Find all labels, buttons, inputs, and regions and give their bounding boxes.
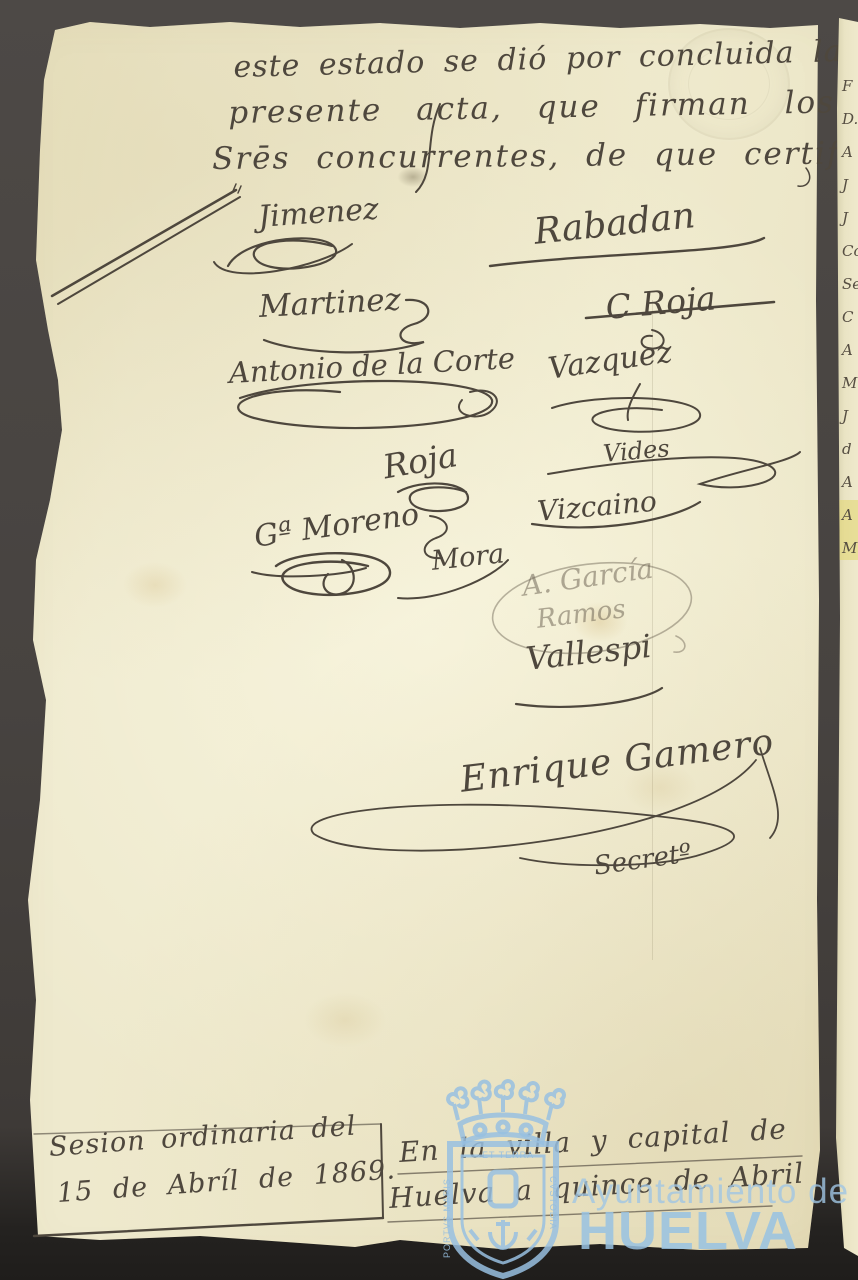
adjacent-page-edge: FD.AJJCoSeCAMJdAAM: [836, 18, 858, 1256]
adjacent-page-fragments: FD.AJJCoSeCAMJdAAM: [836, 70, 857, 565]
photo-scene: este estado se dió por concluida la pres…: [0, 0, 858, 1280]
adjacent-page-fragment: Se: [842, 268, 858, 301]
adjacent-page-fragment: J: [842, 202, 858, 235]
adjacent-page-fragment: A: [842, 499, 858, 532]
adjacent-page-fragment: A: [842, 466, 858, 499]
adjacent-page-fragment: F: [842, 70, 858, 103]
manuscript-page: [0, 0, 858, 1280]
scanned-document-photo: { "page": { "paper_color": "#eee9cd", "b…: [0, 0, 858, 1280]
adjacent-page-fragment: J: [842, 400, 858, 433]
signature-vides: Vides: [602, 434, 671, 468]
adjacent-page-fragment: A: [842, 136, 858, 169]
adjacent-page-fragment: Co: [842, 235, 858, 268]
adjacent-page-fragment: C: [842, 301, 858, 334]
adjacent-page-fragment: D.: [842, 103, 858, 136]
closing-line-3: Srēs concurrentes, de que certifico: [212, 135, 858, 177]
adjacent-page-fragment: A: [842, 334, 858, 367]
adjacent-page-fragment: J: [842, 169, 858, 202]
adjacent-page-fragment: M: [842, 367, 858, 400]
signature-martinez: Martinez: [258, 282, 402, 325]
adjacent-page-fragment: M: [842, 532, 858, 565]
adjacent-page-fragment: d: [842, 433, 858, 466]
